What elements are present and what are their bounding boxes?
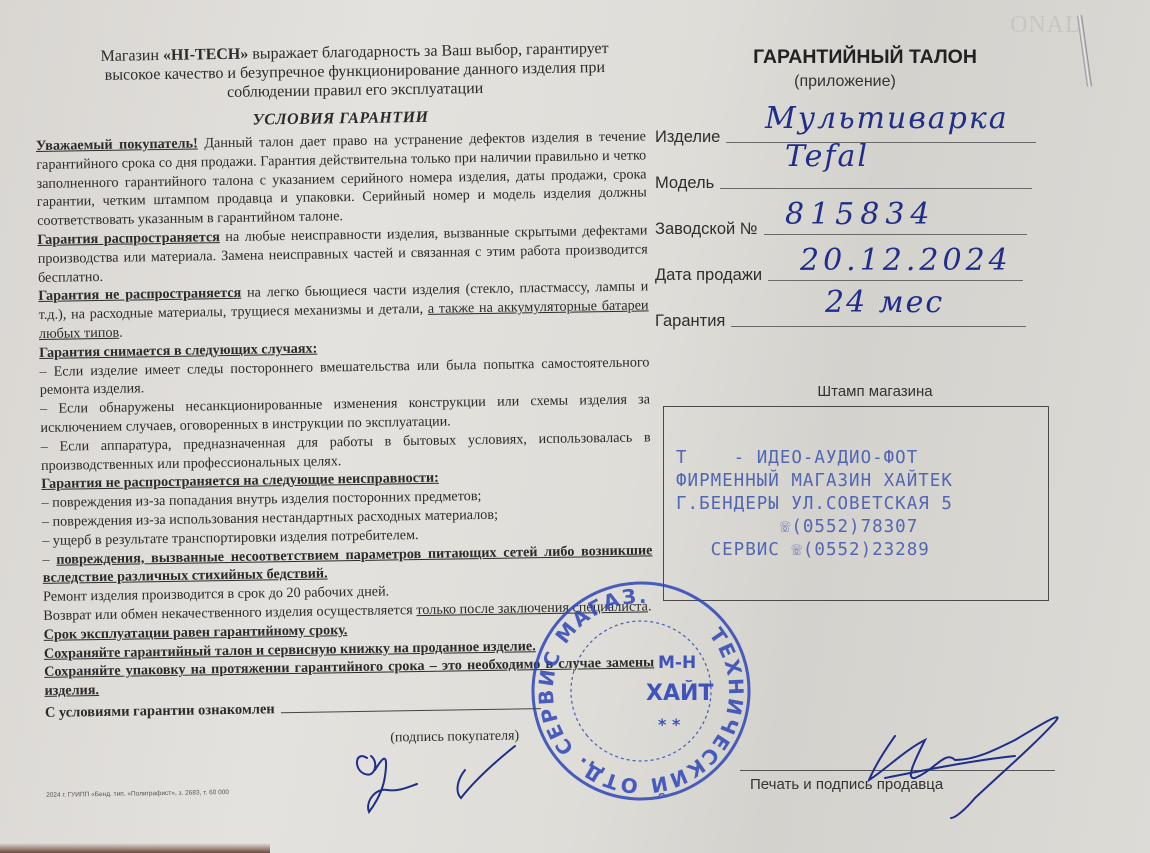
coverage-paragraph: Гарантия распространяется на любые неисп…: [37, 221, 648, 287]
sale-date-value: 20.12.2024: [800, 243, 1012, 278]
bleed-through-text: ONAL: [1010, 12, 1081, 39]
card-title: ГАРАНТИЙНЫЙ ТАЛОН: [655, 46, 1075, 69]
store-stamp-box: Т - ИДЕО-АУДИО-ФОТФИРМЕННЫЙ МАГАЗИН ХАЙТ…: [663, 406, 1049, 601]
model-value: Tefal: [785, 139, 869, 174]
desk-edge: [0, 843, 270, 853]
brand-name: «HI-TECH»: [163, 46, 249, 64]
seller-signature-line: [740, 770, 1055, 771]
exclusions-paragraph: Гарантия не распространяется на легко бь…: [38, 278, 649, 344]
field-warranty: Гарантия 24 мес: [655, 287, 1075, 333]
field-model: Модель Tefal: [655, 149, 1075, 195]
warranty-card-page: ONAL ГАРАНТИЙНЫЙ ТАЛОН (приложение) Изде…: [655, 30, 1075, 820]
dear-buyer-paragraph: Уважаемый покупатель! Данный талон дает …: [36, 127, 647, 231]
product-value: Мультиварка: [765, 101, 1009, 136]
warranty-conditions-page: Магазин «HI-TECH» выражает благодарность…: [34, 10, 656, 819]
print-info: 2024 г. ГУИПП «Бенд. тип. «Полиграфист»,…: [46, 789, 229, 799]
store-stamp-label: Штамп магазина: [675, 383, 1075, 400]
field-sale-date: Дата продажи 20.12.2024: [655, 241, 1075, 287]
store-stamp: Т - ИДЕО-АУДИО-ФОТФИРМЕННЫЙ МАГАЗИН ХАЙТ…: [676, 447, 953, 562]
buyer-signature-caption: (подпись покупателя): [390, 726, 655, 746]
seller-signature-caption: Печать и подпись продавца: [750, 776, 943, 793]
buyer-signature-line: [281, 708, 541, 713]
serial-value: 815834: [785, 197, 936, 232]
intro-text: Магазин «HI-TECH» выражает благодарность…: [94, 39, 615, 104]
field-serial: Заводской № 815834: [655, 195, 1075, 241]
warranty-value: 24 мес: [825, 285, 944, 320]
card-subtitle: (приложение): [615, 73, 1075, 91]
